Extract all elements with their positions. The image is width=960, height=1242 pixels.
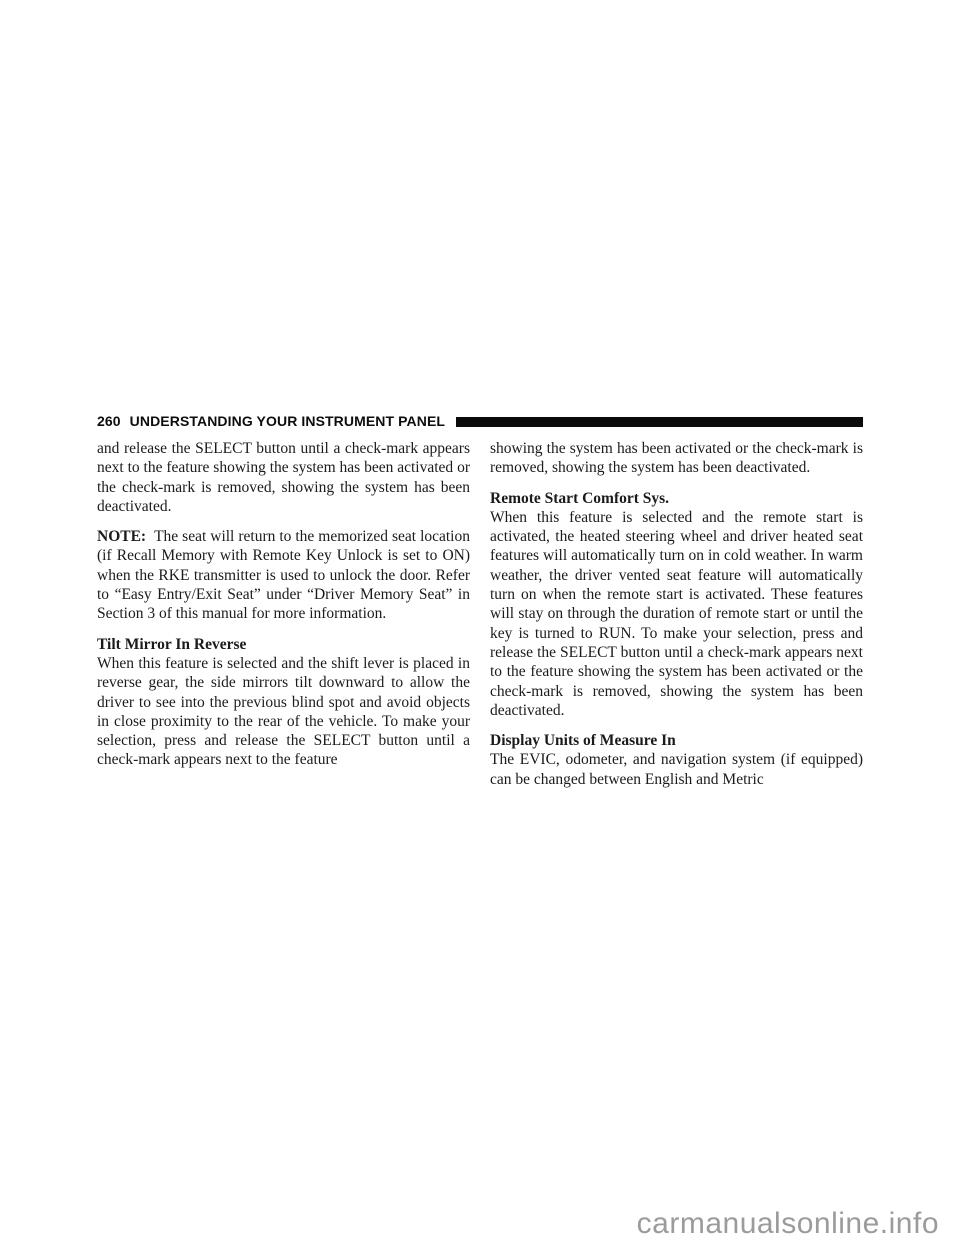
two-column-body: and release the SELECT button until a ch…: [97, 439, 863, 800]
watermark-text: carmanualsonline.info: [637, 1207, 939, 1241]
page-header: 260 UNDERSTANDING YOUR INSTRUMENT PANEL: [97, 413, 863, 429]
heading-display-units-of-measure: Display Units of Measure In: [490, 731, 863, 750]
paragraph-tilt-mirror: When this feature is selected and the sh…: [97, 654, 470, 770]
heading-tilt-mirror-in-reverse: Tilt Mirror In Reverse: [97, 635, 470, 654]
note-text: The seat will return to the memorized se…: [97, 528, 470, 622]
paragraph-continuation: showing the system has been activated or…: [490, 439, 863, 478]
header-rule-bar: [456, 417, 863, 427]
page-title: UNDERSTANDING YOUR INSTRUMENT PANEL: [130, 413, 445, 429]
right-column: showing the system has been activated or…: [490, 439, 863, 800]
manual-page: 260 UNDERSTANDING YOUR INSTRUMENT PANEL …: [0, 0, 960, 1242]
paragraph-display-units: The EVIC, odometer, and navigation syste…: [490, 750, 863, 789]
paragraph-select-button: and release the SELECT button until a ch…: [97, 439, 470, 516]
heading-remote-start-comfort-sys: Remote Start Comfort Sys.: [490, 489, 863, 508]
paragraph-remote-start: When this feature is selected and the re…: [490, 508, 863, 720]
left-column: and release the SELECT button until a ch…: [97, 439, 470, 800]
page-number: 260: [97, 413, 121, 429]
note-label: NOTE:: [97, 528, 146, 545]
note-paragraph: NOTE:The seat will return to the memoriz…: [97, 527, 470, 623]
